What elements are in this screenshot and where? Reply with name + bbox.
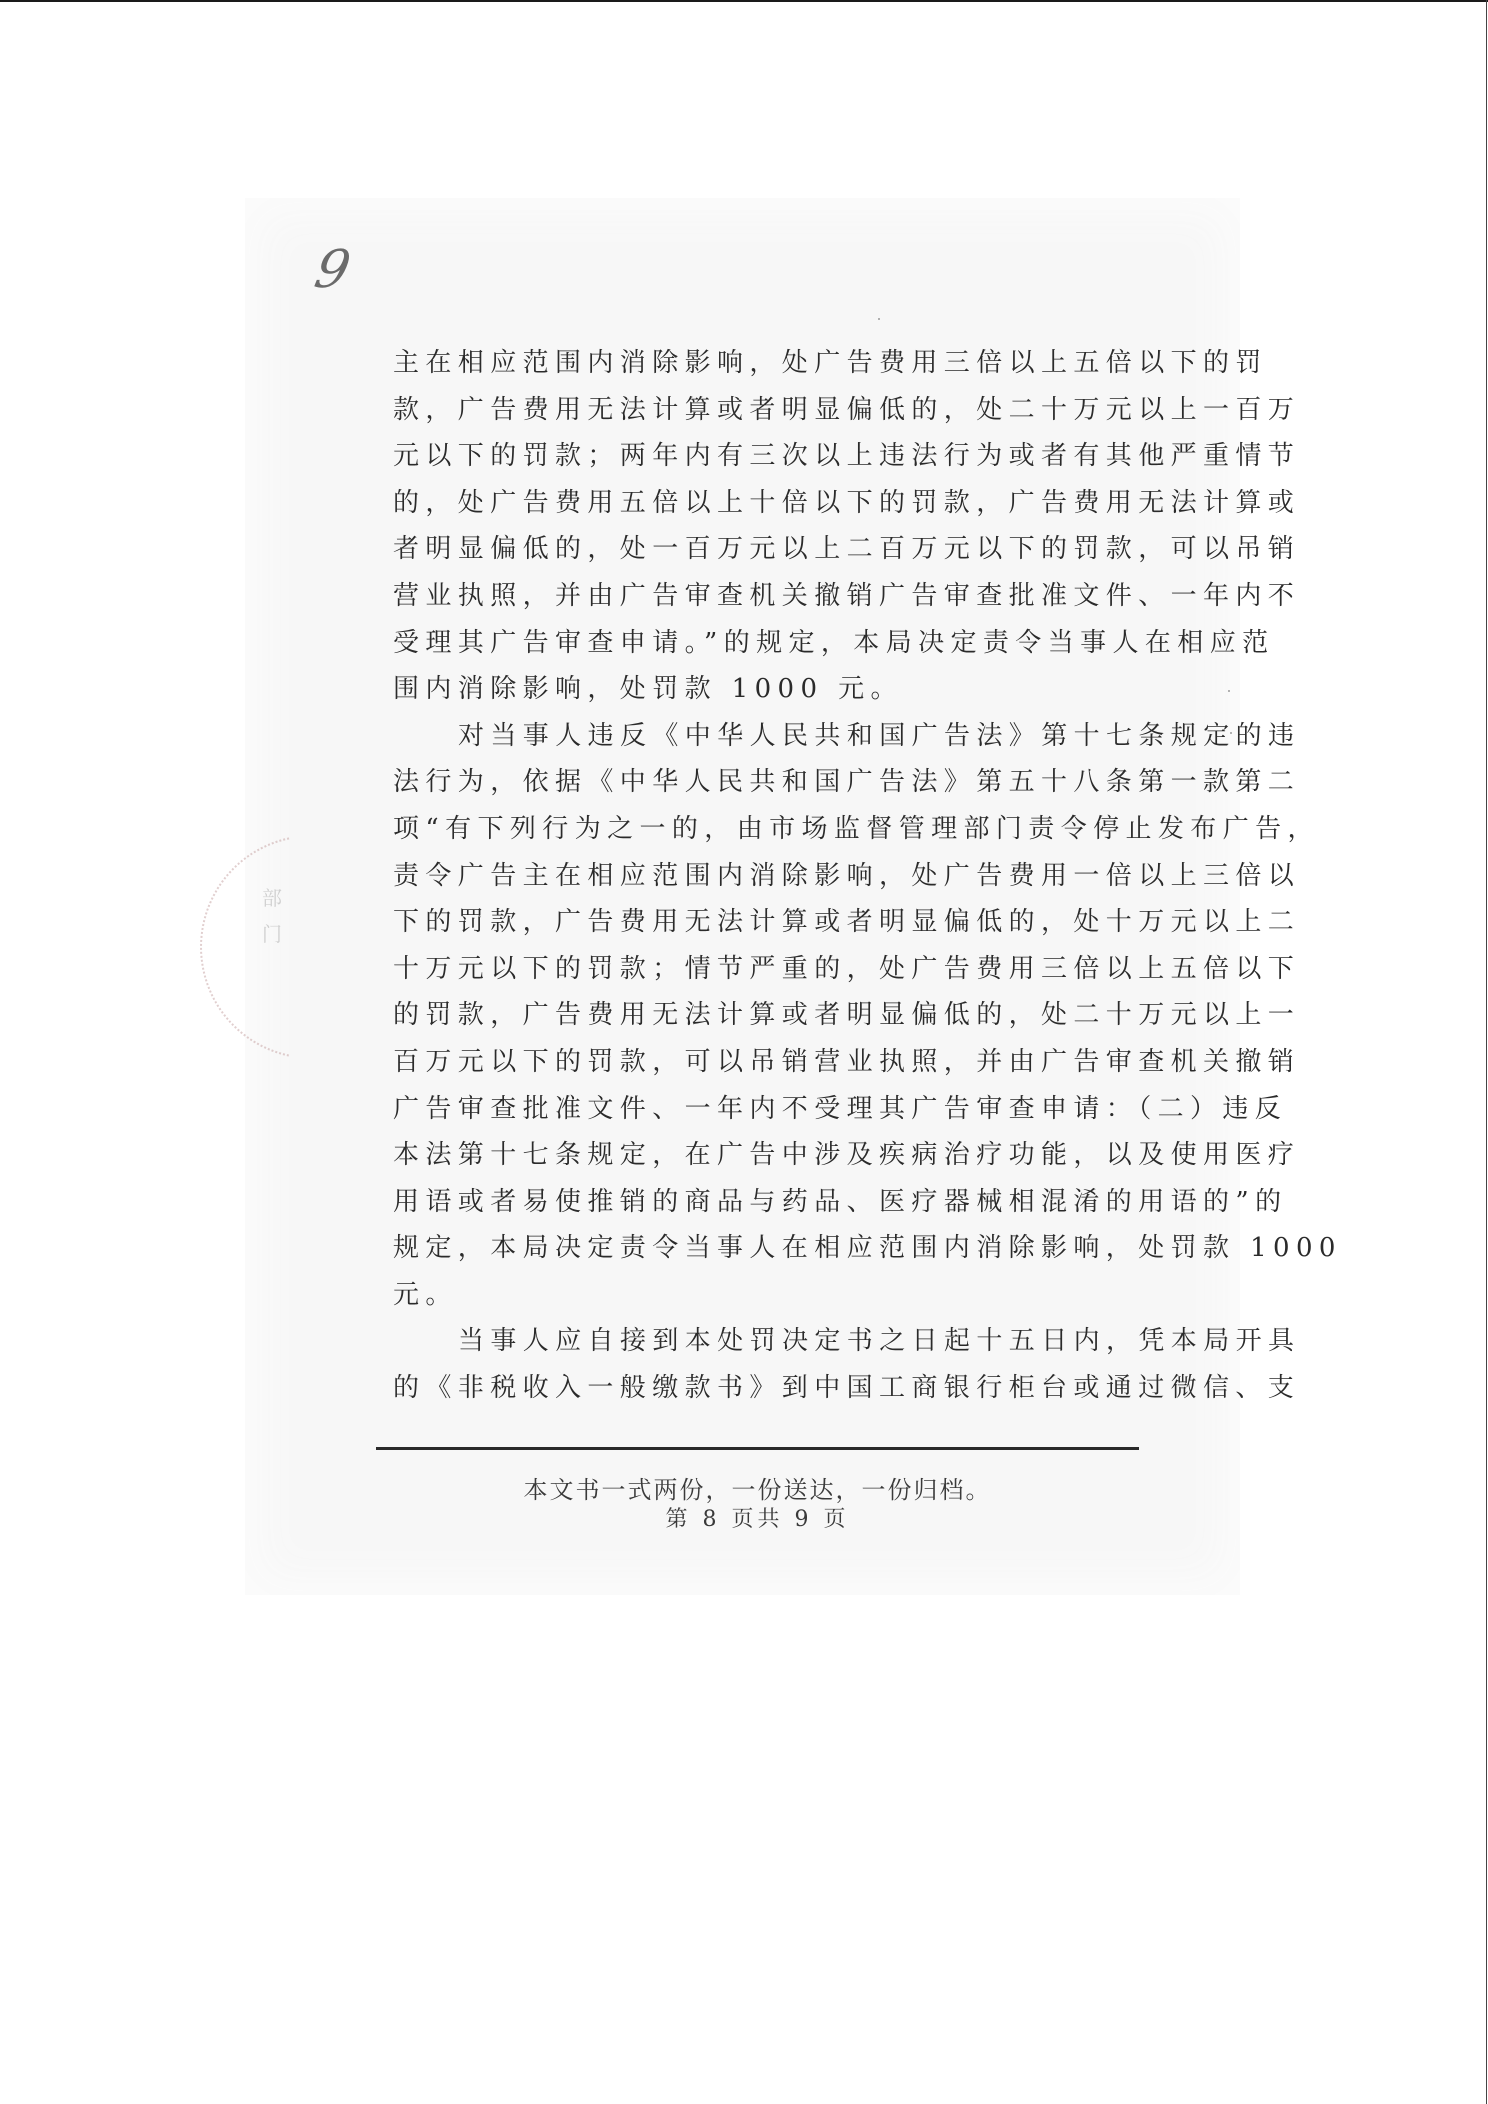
body-line: 责令广告主在相应范围内消除影响，处广告费用一倍以上三倍以 <box>393 853 1143 900</box>
body-line: 项“有下列行为之一的，由市场监督管理部门责令停止发布广告， <box>393 806 1143 853</box>
body-line: 营业执照，并由广告审查机关撤销广告审查批准文件、一年内不 <box>393 573 1143 620</box>
body-line: 的罚款，广告费用无法计算或者明显偏低的，处二十万元以上一 <box>393 992 1143 1039</box>
body-line: 元。 <box>393 1272 1143 1319</box>
body-line: 款，广告费用无法计算或者明显偏低的，处二十万元以上一百万 <box>393 387 1143 434</box>
body-line: 本法第十七条规定，在广告中涉及疾病治疗功能，以及使用医疗 <box>393 1132 1143 1179</box>
scan-speck <box>878 318 880 320</box>
stamp-fragment-text: 部门 <box>262 880 292 952</box>
footer-divider-rule <box>376 1447 1139 1450</box>
document-body: 主在相应范围内消除影响，处广告费用三倍以上五倍以下的罚 款，广告费用无法计算或者… <box>393 340 1143 1412</box>
body-line: 的，处广告费用五倍以上十倍以下的罚款，广告费用无法计算或 <box>393 480 1143 527</box>
body-line: 下的罚款，广告费用无法计算或者明显偏低的，处十万元以上二 <box>393 899 1143 946</box>
page-top-border <box>0 0 1488 2</box>
body-line: 的《非税收入一般缴款书》到中国工商银行柜台或通过微信、支 <box>393 1365 1143 1412</box>
scan-speck <box>1045 1378 1047 1380</box>
paragraph-start-line: 对当事人违反《中华人民共和国广告法》第十七条规定的违 <box>393 713 1143 760</box>
scan-speck <box>1228 690 1230 692</box>
page-right-border <box>1486 0 1487 2104</box>
body-line: 受理其广告审查申请。”的规定，本局决定责令当事人在相应范 <box>393 620 1143 667</box>
body-line: 主在相应范围内消除影响，处广告费用三倍以上五倍以下的罚 <box>393 340 1143 387</box>
body-line: 者明显偏低的，处一百万元以上二百万元以下的罚款，可以吊销 <box>393 526 1143 573</box>
body-line: 法行为，依据《中华人民共和国广告法》第五十八条第一款第二 <box>393 759 1143 806</box>
body-line: 规定，本局决定责令当事人在相应范围内消除影响，处罚款 1000 <box>393 1225 1143 1272</box>
body-line: 元以下的罚款；两年内有三次以上违法行为或者有其他严重情节 <box>393 433 1143 480</box>
footer-page-indicator: 第 8 页共 9 页 <box>376 1502 1139 1533</box>
body-line: 用语或者易使推销的商品与药品、医疗器械相混淆的用语的”的 <box>393 1179 1143 1226</box>
scan-speck <box>1224 636 1226 638</box>
body-line: 广告审查批准文件、一年内不受理其广告审查申请：（二）违反 <box>393 1086 1143 1133</box>
scan-speck <box>1230 732 1232 734</box>
footer-copies-note: 本文书一式两份，一份送达，一份归档。 <box>376 1470 1139 1505</box>
body-line: 十万元以下的罚款；情节严重的，处广告费用三倍以上五倍以下 <box>393 946 1143 993</box>
body-line: 百万元以下的罚款，可以吊销营业执照，并由广告审查机关撤销 <box>393 1039 1143 1086</box>
paragraph-start-line: 当事人应自接到本处罚决定书之日起十五日内，凭本局开具 <box>393 1318 1143 1365</box>
body-line: 围内消除影响，处罚款 1000 元。 <box>393 666 1143 713</box>
